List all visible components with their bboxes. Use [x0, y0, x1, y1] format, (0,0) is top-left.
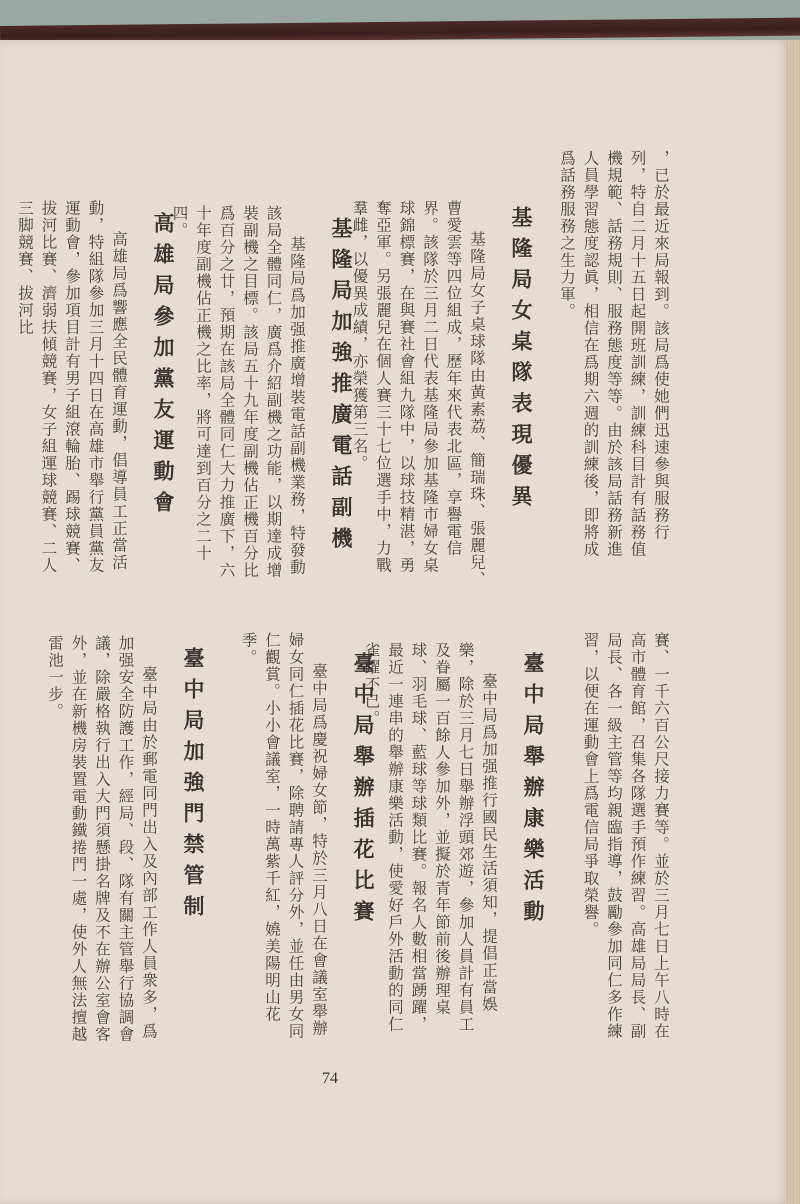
article-heading: 臺中局舉辦康樂活動 [516, 642, 550, 1042]
article-heading: 臺中局加強門禁管制 [176, 635, 210, 1047]
article-taichung-recreation: 臺中局舉辦康樂活動 臺中局爲加强推行國民生活須知，提倡正當娛樂，除於三月七日舉辦… [359, 642, 550, 1042]
article-heading: 高雄局參加黨友運動會 [146, 200, 180, 590]
article-keelung-extension-phones: 基隆局加強推廣電話副機 基隆局爲加强推廣增裝電話副機業務，特發動該局全體同仁，廣… [167, 205, 358, 590]
article-body: 臺中局由於郵電同門出入及內部工作人員衆多，爲加强安全防護工作，經局、段、隊有關主… [43, 635, 161, 1047]
article-body: ，已於最近來局報到。該局爲使她們迅速參與服務行列，特自二月十五日起開班訓練，訓練… [555, 150, 673, 570]
article-body: 基隆局爲加强推廣增裝電話副機業務，特發動該局全體同仁，廣爲介紹副機之功能，以期達… [167, 205, 308, 590]
article-body: 高雄局爲響應全民體育運動，倡導員工正當活動，特組隊參加三月十四日在高雄市舉行黨員… [13, 200, 131, 590]
article-keelung-womens-table-tennis: 基隆局女桌隊表現優異 基隆局女子桌球隊由黃素荔、簡瑞珠、張麗兒、曹愛雲等四位組成… [347, 200, 538, 590]
article-continuation-kaohsiung: 賽、一千六百公尺接力賽等。並於三月七日上午八時在高市體育館，召集各隊選手預作練習… [578, 632, 672, 1047]
article-body: 基隆局女子桌球隊由黃素荔、簡瑞珠、張麗兒、曹愛雲等四位組成，歷年來代表北區，享譽… [347, 200, 488, 590]
article-kaohsiung-sports-meet: 高雄局參加黨友運動會 高雄局爲響應全民體育運動，倡導員工正當活動，特組隊參加三月… [13, 200, 181, 590]
article-body: 臺中局爲加强推行國民生活須知，提倡正當娛樂，除於三月七日舉辦浮頭郊遊，參加人員計… [359, 642, 500, 1042]
article-taichung-flower-arrangement: 臺中局舉辦插花比賽 臺中局爲慶祝婦女節，特於三月八日在會議室舉辦婦女同仁插花比賽… [236, 632, 380, 1047]
article-continuation-training: ，已於最近來局報到。該局爲使她們迅速參與服務行列，特自二月十五日起開班訓練，訓練… [555, 150, 673, 570]
article-heading: 基隆局加強推廣電話副機 [324, 205, 358, 590]
page-edges [786, 40, 800, 1204]
article-taichung-access-control: 臺中局加強門禁管制 臺中局由於郵電同門出入及內部工作人員衆多，爲加强安全防護工作… [43, 635, 211, 1047]
page-number: 74 [322, 1070, 338, 1088]
article-heading: 基隆局女桌隊表現優異 [504, 200, 538, 590]
article-body: 賽、一千六百公尺接力賽等。並於三月七日上午八時在高市體育館，召集各隊選手預作練習… [578, 632, 672, 1047]
article-body: 臺中局爲慶祝婦女節，特於三月八日在會議室舉辦婦女同仁插花比賽，除聘請專人評分外，… [236, 632, 330, 1047]
article-heading: 臺中局舉辦插花比賽 [346, 632, 380, 1047]
